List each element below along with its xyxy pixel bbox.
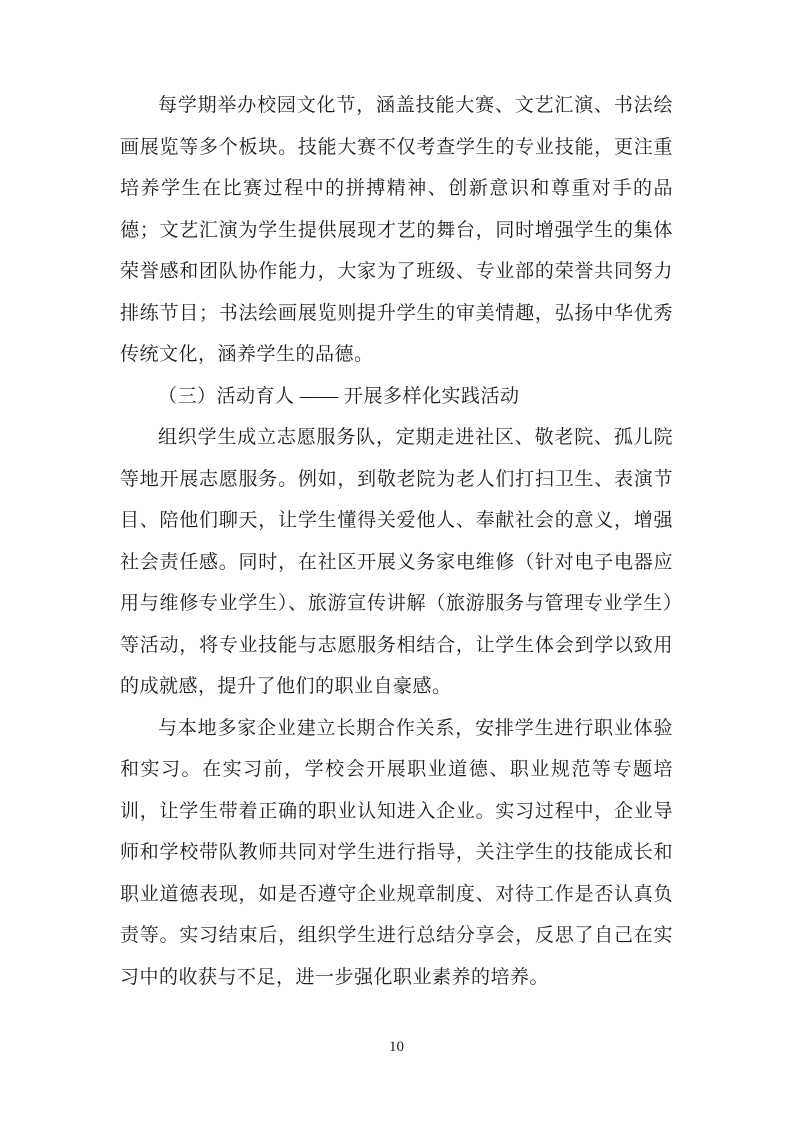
page-footer: 10 — [0, 1038, 793, 1056]
paragraph-enterprise-internship: 与本地多家企业建立长期合作关系，安排学生进行职业体验和实习。在实习前，学校会开展… — [120, 708, 673, 999]
document-body: 每学期举办校园文化节，涵盖技能大赛、文艺汇演、书法绘画展览等多个板块。技能大赛不… — [120, 85, 673, 998]
paragraph-culture-festival: 每学期举办校园文化节，涵盖技能大赛、文艺汇演、书法绘画展览等多个板块。技能大赛不… — [120, 85, 673, 376]
page-number: 10 — [389, 1039, 404, 1055]
paragraph-volunteer-service: 组织学生成立志愿服务队，定期走进社区、敬老院、孤儿院等地开展志愿服务。例如，到敬… — [120, 417, 673, 708]
document-page: 每学期举办校园文化节，涵盖技能大赛、文艺汇演、书法绘画展览等多个板块。技能大赛不… — [0, 0, 793, 1122]
section-heading-activity-education: （三）活动育人 —— 开展多样化实践活动 — [120, 376, 673, 418]
